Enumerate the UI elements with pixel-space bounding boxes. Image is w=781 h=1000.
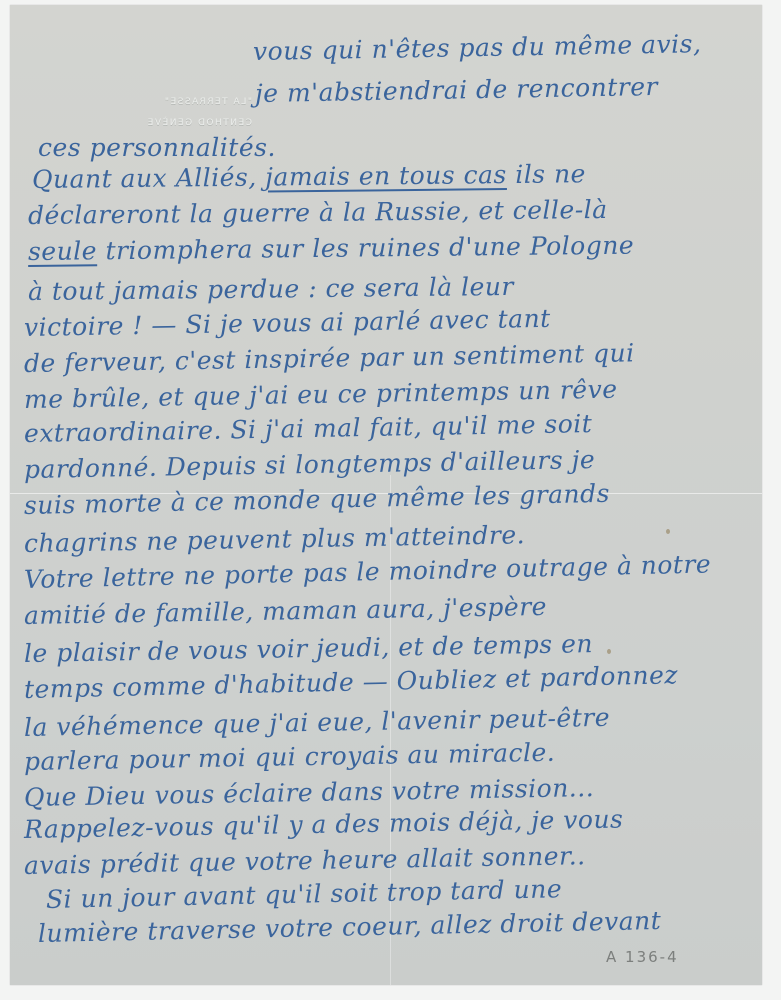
line-4-post: ils ne [507, 159, 586, 189]
letter-line-7: à tout jamais perdue : ce sera là leur [28, 272, 514, 306]
paper-stain [607, 649, 611, 654]
letter-page: "LA TERRASSE" CENTHOD GENÈVE vous qui n'… [10, 5, 762, 985]
letterhead-line-2: CENTHOD GENÈVE [102, 118, 252, 128]
letter-line-18: temps comme d'habitude — Oubliez et pard… [24, 660, 679, 704]
letter-line-11: extraordinaire. Si j'ai mal fait, qu'il … [24, 409, 593, 448]
line-6-post: triomphera sur les ruines d'une Pologne [97, 231, 634, 266]
letter-line-10: me brûle, et que j'ai eu ce printemps un… [24, 375, 618, 414]
letterhead-line-1: "LA TERRASSE" [102, 97, 252, 107]
letter-line-9: de ferveur, c'est inspirée par un sentim… [24, 338, 635, 378]
letter-line-4: Quant aux Alliés, jamais en tous cas ils… [32, 159, 586, 194]
paper-stain [666, 529, 670, 534]
letter-line-13: suis morte à ce monde que même les grand… [24, 479, 611, 520]
letter-line-6: seule triomphera sur les ruines d'une Po… [28, 231, 634, 266]
underlined-emphasis: jamais en tous cas [265, 160, 507, 192]
underlined-emphasis: seule [28, 236, 97, 266]
letter-line-16: amitié de famille, maman aura, j'espère [24, 592, 547, 630]
letter-line-12: pardonné. Depuis si longtemps d'ailleurs… [24, 445, 596, 484]
letter-line-5: déclareront la guerre à la Russie, et ce… [28, 195, 608, 230]
letter-line-25: lumière traverse votre coeur, allez droi… [38, 906, 662, 948]
letter-line-19: la véhémence que j'ai eue, l'avenir peut… [24, 703, 610, 742]
archive-reference-number: A 136-4 [606, 948, 679, 966]
letter-line-1: vous qui n'êtes pas du même avis, [253, 29, 702, 66]
letter-line-17: le plaisir de vous voir jeudi, et de tem… [24, 629, 593, 668]
letter-line-22: Rappelez-vous qu'il y a des mois déjà, j… [24, 805, 624, 844]
letter-line-8: victoire ! — Si je vous ai parlé avec ta… [24, 304, 551, 342]
letter-line-3: ces personnalités. [38, 133, 276, 162]
letter-line-14: chagrins ne peuvent plus m'atteindre. [24, 520, 526, 558]
letter-line-20: parlera pour moi qui croyais au miracle. [24, 738, 556, 776]
letter-line-2: je m'abstiendrai de rencontrer [255, 72, 658, 108]
line-4-pre: Quant aux Alliés, [32, 163, 266, 194]
letter-line-24: Si un jour avant qu'il soit trop tard un… [46, 874, 563, 914]
letter-line-23: avais prédit que votre heure allait sonn… [24, 841, 586, 880]
